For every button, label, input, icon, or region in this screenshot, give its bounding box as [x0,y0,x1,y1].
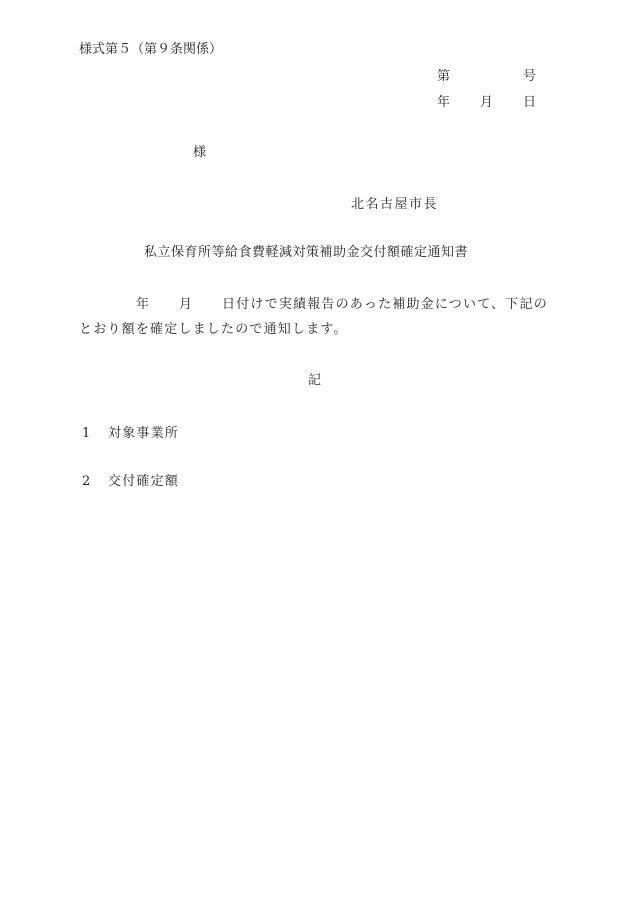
body-year-label: 年 [136,297,150,313]
document-title: 私立保育所等給食費軽減対策補助金交付額確定通知書 [144,245,468,261]
date-year-label: 年 [437,95,450,111]
item-2-number: 2 [82,474,90,490]
date-day-label: 日 [523,95,536,111]
sender-name: 北名古屋市長 [351,197,438,213]
body-line-2: とおり額を確定しましたので通知します。 [79,322,348,338]
date-month-label: 月 [480,95,493,111]
document-number-suffix: 号 [523,69,536,85]
item-1-number: 1 [82,426,90,442]
item-2-label: 交付確定額 [108,474,179,490]
addressee-suffix: 様 [193,145,206,161]
item-1-label: 対象事業所 [108,426,179,442]
document-number-prefix: 第 [437,69,450,85]
form-label: 様式第５（第９条関係） [79,42,222,58]
ki-heading: 記 [308,373,321,389]
body-line-1: 日付けで実績報告のあった補助金について、下記の [222,297,548,313]
body-month-label: 月 [179,297,193,313]
